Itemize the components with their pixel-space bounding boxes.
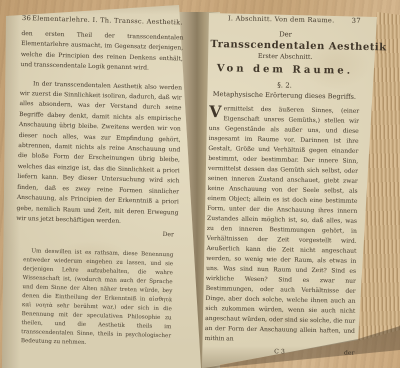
section-title: Metaphysische Erörterung dieses Begriffs… — [209, 90, 359, 101]
right-catchword: der — [344, 350, 355, 357]
signature-mark: C 3 — [274, 348, 285, 355]
left-paragraph: In der transscendentalen Aesthetik also … — [16, 79, 182, 229]
book-photo: 36 Elementarlehre. I. Th. Transsc. Aesth… — [0, 0, 400, 368]
heading-subtitle: Erster Abschnitt. — [210, 52, 360, 62]
left-catchword: Der — [16, 227, 174, 238]
right-page-number: 37 — [352, 17, 361, 25]
left-page-number: 36 — [22, 14, 31, 22]
left-page-content: 36 Elementarlehre. I. Th. Transsc. Aesth… — [13, 14, 184, 351]
right-body-text: ermittelst des äußeren Sinnes, (einer Ei… — [205, 105, 360, 342]
left-paragraph-continuation: den ersten Theil der transscendentalen E… — [20, 29, 183, 75]
drop-cap: V — [209, 104, 222, 123]
right-running-header-row: I. Abschnitt. Von dem Raume. 37 — [211, 14, 361, 25]
heading-title: Transscendentalen Aesthetik — [210, 39, 360, 53]
heading-chapter: Von dem Raume. — [210, 63, 360, 77]
right-body-paragraph: Vermittelst des äußeren Sinnes, (einer E… — [205, 104, 360, 347]
right-page-content: I. Abschnitt. Von dem Raume. 37 Der Tran… — [204, 14, 360, 357]
section-number: §. 2. — [210, 80, 360, 91]
right-running-header: I. Abschnitt. Von dem Raume. — [211, 14, 352, 25]
left-footnote: Um deswillen ist es rathsam, diese Benen… — [21, 247, 174, 350]
heading-pretitle: Der — [211, 29, 361, 40]
